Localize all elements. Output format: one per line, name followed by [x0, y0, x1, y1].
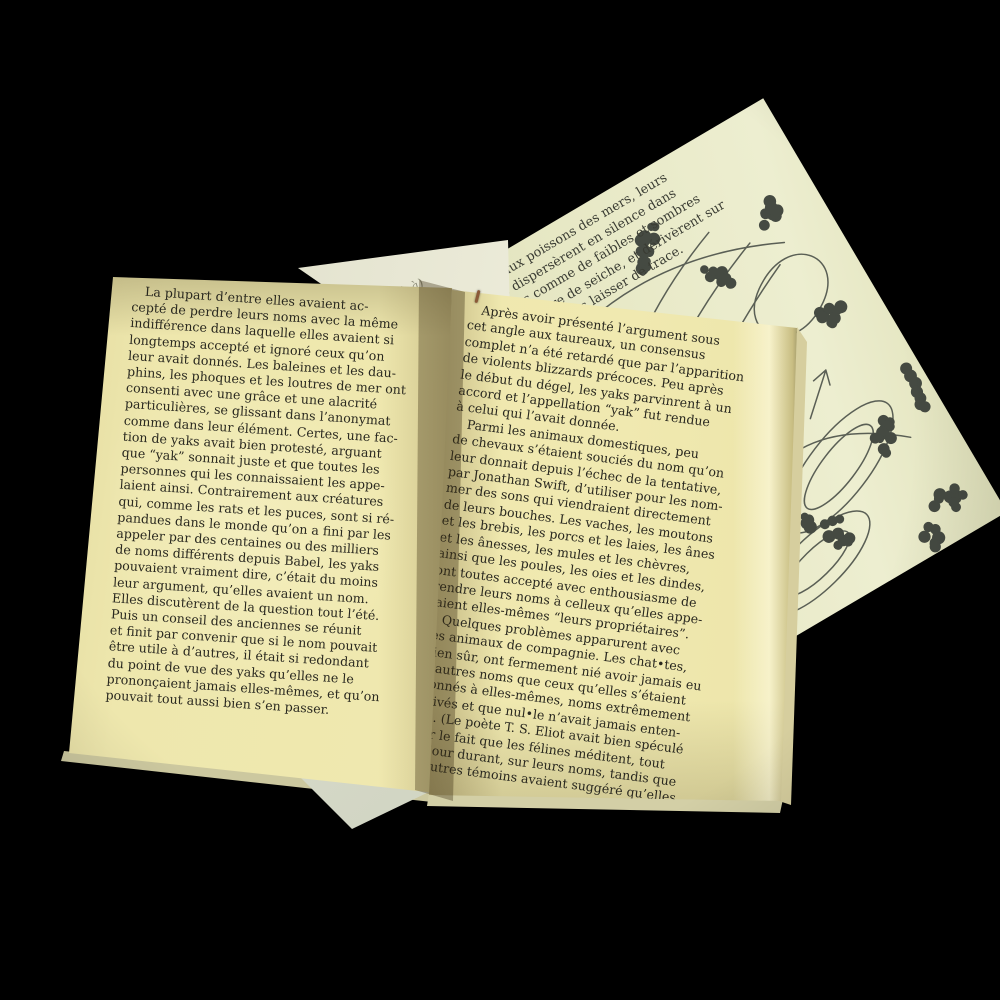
- left-page-text: La plupart d’entre elles avaient ac- cep…: [105, 283, 412, 722]
- photo-canvas: Quant aux poissons des mers, leurs noms …: [0, 0, 1000, 1000]
